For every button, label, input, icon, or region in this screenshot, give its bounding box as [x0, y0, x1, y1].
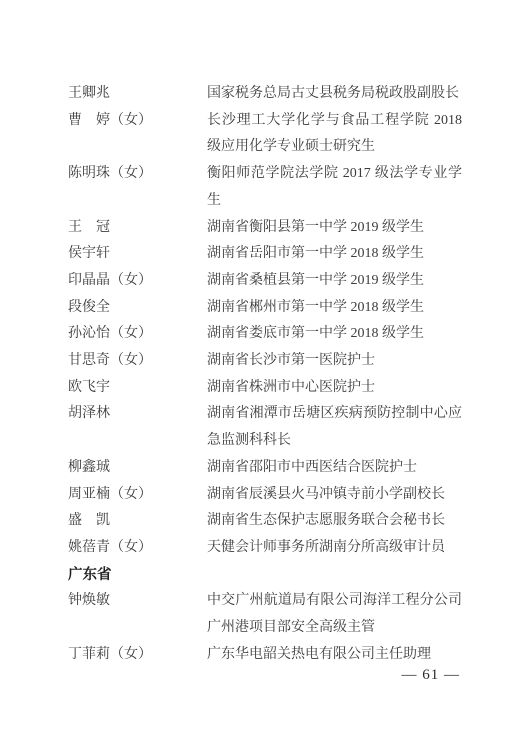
person-name: 王 冠: [68, 215, 207, 242]
province-heading: 广东省: [68, 562, 462, 589]
person-description: 湖南省娄底市第一中学 2018 级学生: [207, 321, 462, 348]
person-description: 湖南省生态保护志愿服务联合会秘书长: [207, 508, 462, 535]
person-description: 广东华电韶关热电有限公司主任助理: [207, 642, 462, 669]
table-row: 王 冠 湖南省衡阳县第一中学 2019 级学生: [68, 215, 462, 242]
table-row: 曹 婷（女） 长沙理工大学化学与食品工程学院 2018 级应用化学专业硕士研究生: [68, 108, 462, 161]
person-name: 姚蓓青（女）: [68, 535, 207, 562]
person-description: 长沙理工大学化学与食品工程学院 2018 级应用化学专业硕士研究生: [207, 108, 462, 161]
person-description: 天健会计师事务所湖南分所高级审计员: [207, 535, 462, 562]
person-name: 钟焕敏: [68, 588, 207, 641]
person-name: 甘思奇（女）: [68, 348, 207, 375]
document-page: 王卿兆 国家税务总局古丈县税务局税政股副股长 曹 婷（女） 长沙理工大学化学与食…: [0, 0, 530, 748]
person-name: 孙沁怡（女）: [68, 321, 207, 348]
person-description: 湖南省邵阳市中西医结合医院护士: [207, 455, 462, 482]
person-name: 丁菲莉（女）: [68, 642, 207, 669]
person-description: 中交广州航道局有限公司海洋工程分公司广州港项目部安全高级主管: [207, 588, 462, 641]
person-name: 周亚楠（女）: [68, 482, 207, 509]
table-row: 侯宇轩 湖南省岳阳市第一中学 2018 级学生: [68, 241, 462, 268]
person-description: 湖南省桑植县第一中学 2019 级学生: [207, 268, 462, 295]
table-row: 陈明珠（女） 衡阳师范学院法学院 2017 级法学专业学生: [68, 161, 462, 214]
person-name: 印晶晶（女）: [68, 268, 207, 295]
person-name: 段俊全: [68, 295, 207, 322]
table-row: 段俊全 湖南省郴州市第一中学 2018 级学生: [68, 295, 462, 322]
person-description: 湖南省长沙市第一医院护士: [207, 348, 462, 375]
person-name: 王卿兆: [68, 81, 207, 108]
person-description: 湖南省衡阳县第一中学 2019 级学生: [207, 215, 462, 242]
person-name: 侯宇轩: [68, 241, 207, 268]
table-row: 姚蓓青（女） 天健会计师事务所湖南分所高级审计员: [68, 535, 462, 562]
person-name: 盛 凯: [68, 508, 207, 535]
person-description: 湖南省辰溪县火马冲镇寺前小学副校长: [207, 482, 462, 509]
table-row: 王卿兆 国家税务总局古丈县税务局税政股副股长: [68, 81, 462, 108]
person-name: 柳鑫珹: [68, 455, 207, 482]
person-name: 陈明珠（女）: [68, 161, 207, 214]
table-row: 周亚楠（女） 湖南省辰溪县火马冲镇寺前小学副校长: [68, 482, 462, 509]
table-row: 欧飞宇 湖南省株洲市中心医院护士: [68, 375, 462, 402]
table-row: 盛 凯 湖南省生态保护志愿服务联合会秘书长: [68, 508, 462, 535]
person-description: 湖南省岳阳市第一中学 2018 级学生: [207, 241, 462, 268]
table-row: 印晶晶（女） 湖南省桑植县第一中学 2019 级学生: [68, 268, 462, 295]
table-row: 钟焕敏 中交广州航道局有限公司海洋工程分公司广州港项目部安全高级主管: [68, 588, 462, 641]
person-description: 湖南省郴州市第一中学 2018 级学生: [207, 295, 462, 322]
person-description: 湖南省湘潭市岳塘区疾病预防控制中心应急监测科科长: [207, 401, 462, 454]
page-number: — 61 —: [402, 666, 461, 684]
person-name: 欧飞宇: [68, 375, 207, 402]
roster-list: 王卿兆 国家税务总局古丈县税务局税政股副股长 曹 婷（女） 长沙理工大学化学与食…: [68, 81, 462, 668]
table-row: 甘思奇（女） 湖南省长沙市第一医院护士: [68, 348, 462, 375]
person-description: 国家税务总局古丈县税务局税政股副股长: [207, 81, 462, 108]
table-row: 孙沁怡（女） 湖南省娄底市第一中学 2018 级学生: [68, 321, 462, 348]
person-description: 衡阳师范学院法学院 2017 级法学专业学生: [207, 161, 462, 214]
person-name: 胡泽林: [68, 401, 207, 454]
person-name: 曹 婷（女）: [68, 108, 207, 161]
person-description: 湖南省株洲市中心医院护士: [207, 375, 462, 402]
table-row: 丁菲莉（女） 广东华电韶关热电有限公司主任助理: [68, 642, 462, 669]
table-row: 胡泽林 湖南省湘潭市岳塘区疾病预防控制中心应急监测科科长: [68, 401, 462, 454]
table-row: 柳鑫珹 湖南省邵阳市中西医结合医院护士: [68, 455, 462, 482]
